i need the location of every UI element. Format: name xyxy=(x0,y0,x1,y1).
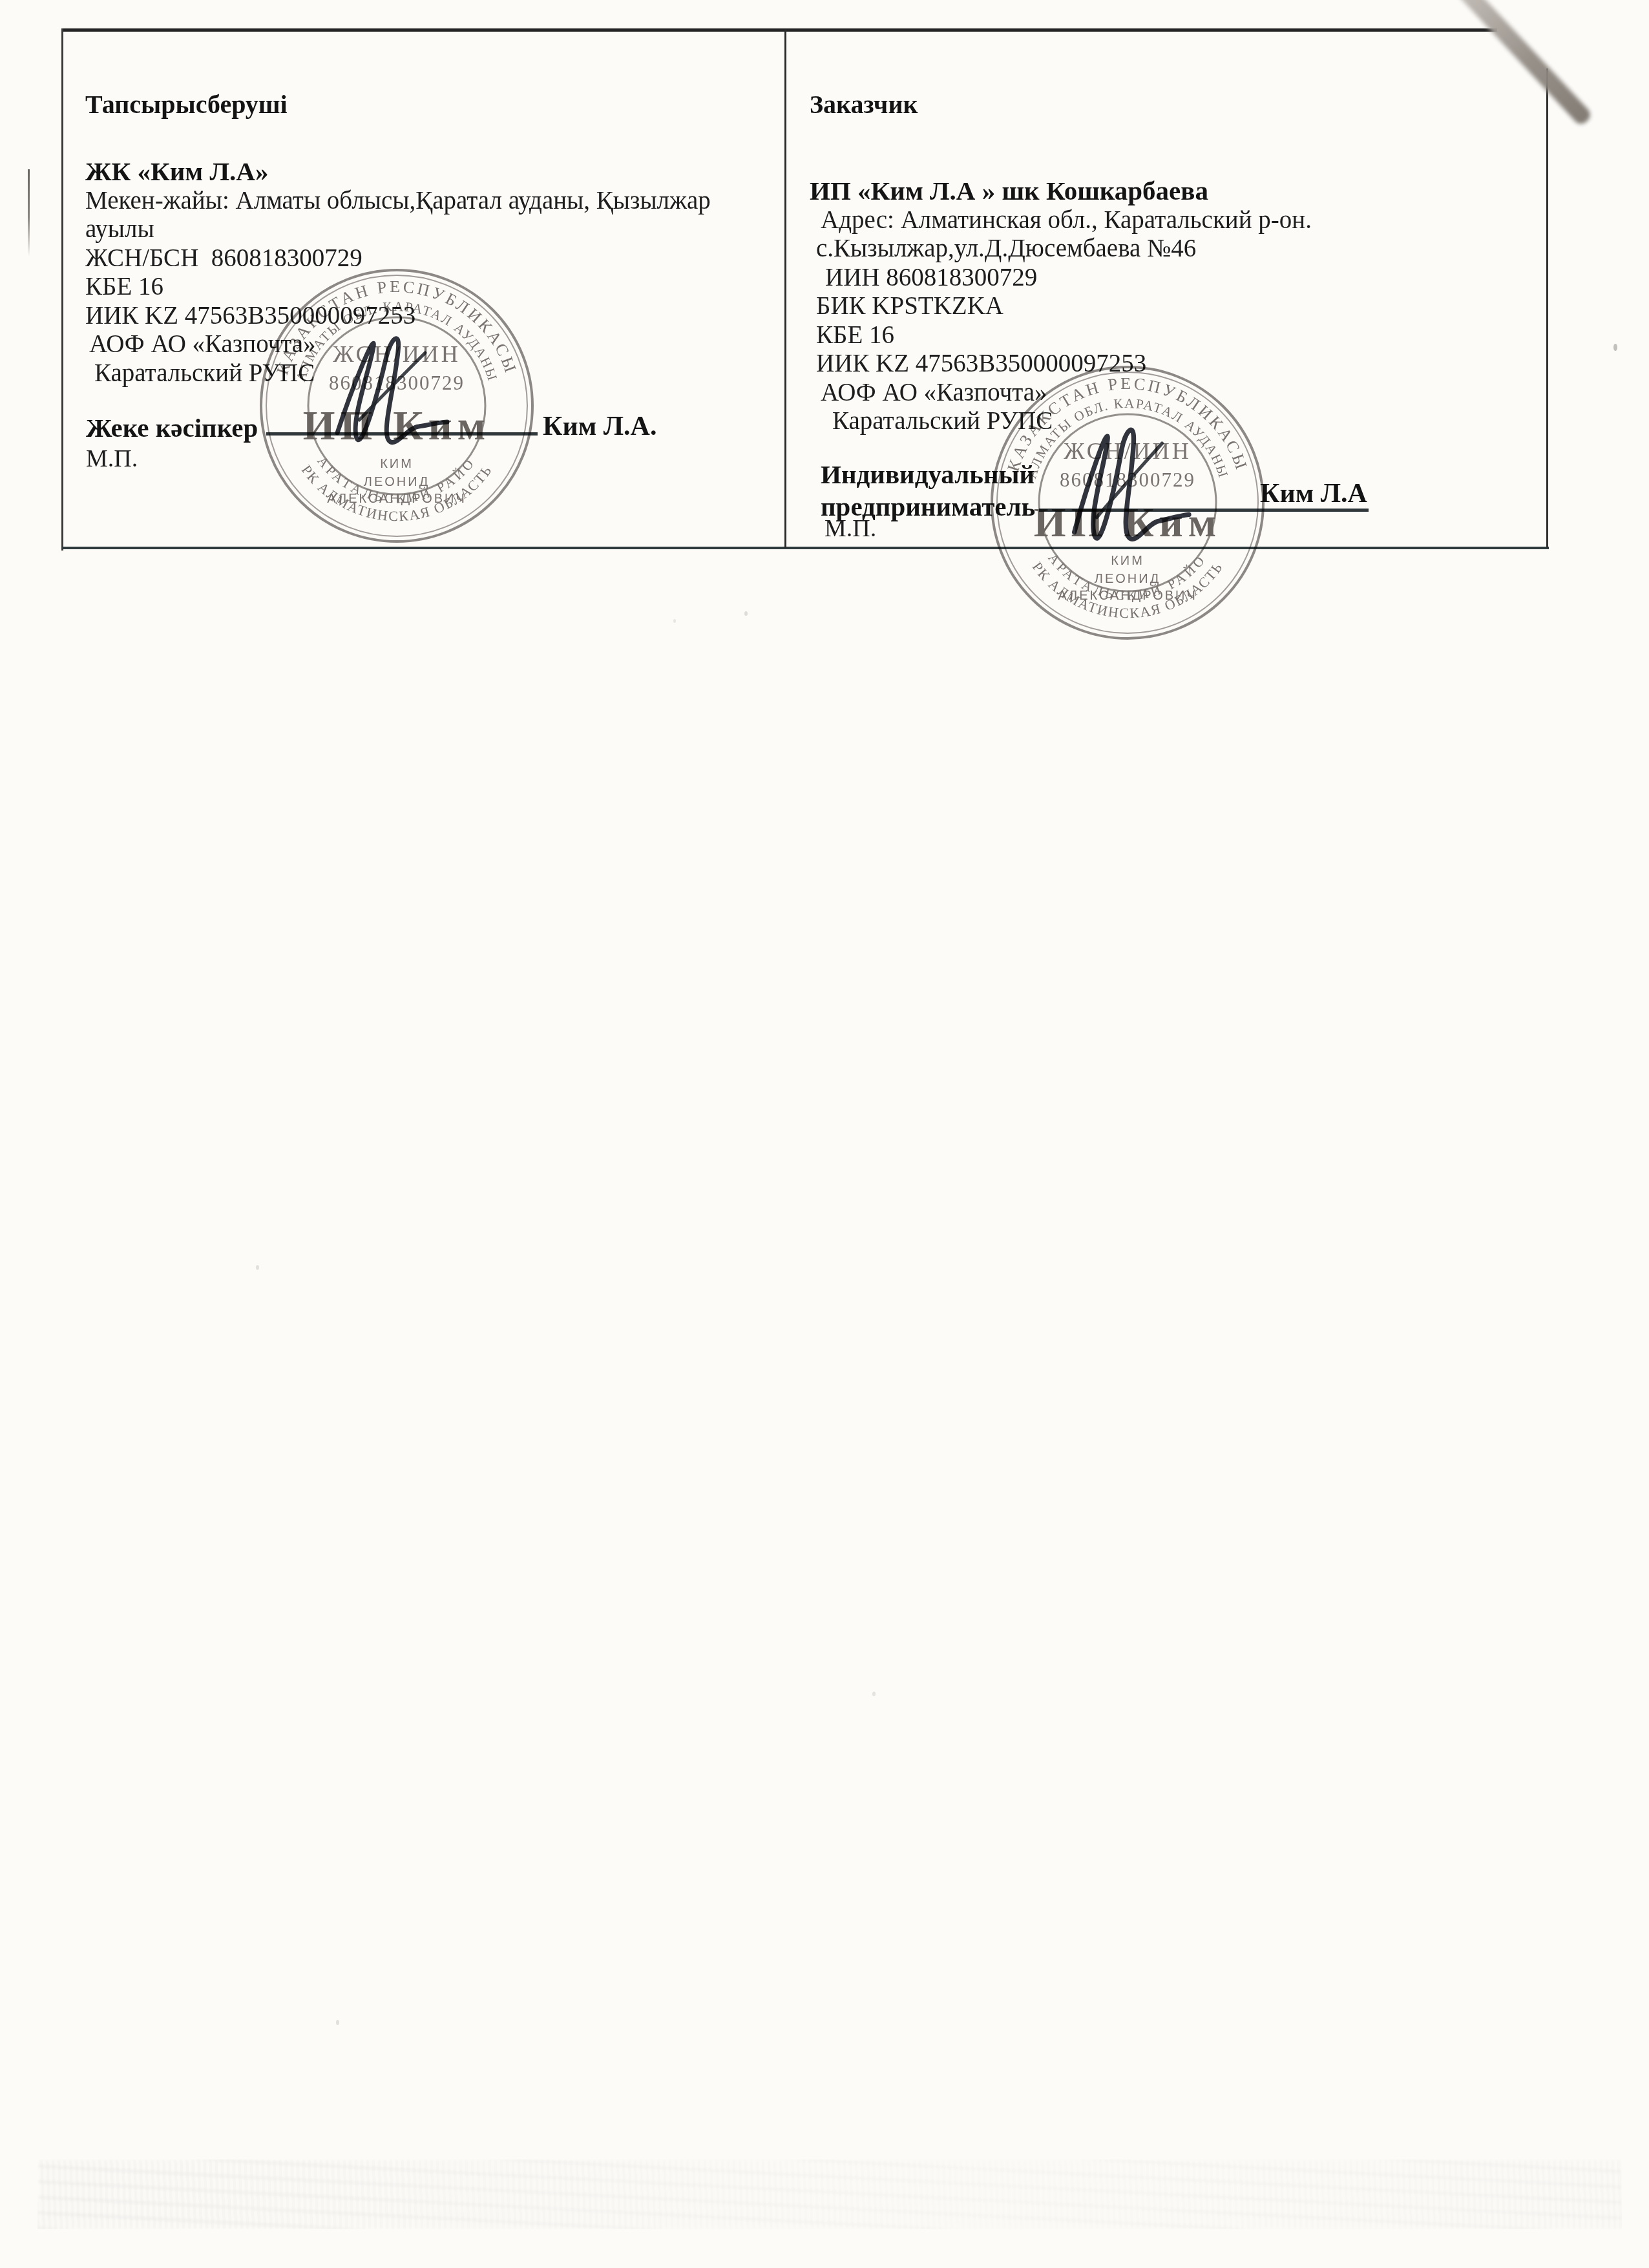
right-role-title: Заказчик xyxy=(810,90,1527,120)
left-role-title: Тапсырысберуші xyxy=(85,90,764,120)
right-signature-name: Ким Л.А xyxy=(1260,478,1367,509)
left-seal-placeholder: М.П. xyxy=(86,445,138,473)
right-detail-line: Адрес: Алматинская обл., Каратальский р-… xyxy=(810,206,1527,235)
stamp-owner-line: АЛЕКСАНДРОВИЧ xyxy=(1058,589,1197,603)
left-detail-line: Мекен-жайы: Алматы облысы,Қаратал ауданы… xyxy=(85,187,764,244)
table-border-right xyxy=(1546,68,1548,548)
stamp-owner-line: ЛЕОНИД xyxy=(1095,572,1161,586)
stamp-owner-line: АЛЕКСАНДРОВИЧ xyxy=(327,492,467,506)
handwritten-signature-right xyxy=(1048,410,1219,574)
scan-speck xyxy=(1613,344,1617,351)
pen-scratch-mark xyxy=(28,169,30,257)
right-detail-line: ИИН 860818300729 xyxy=(810,264,1527,293)
scan-speck xyxy=(673,619,676,623)
scan-speck xyxy=(744,611,748,616)
scanned-contract-page: Тапсырысберуші ЖК «Ким Л.А» Мекен-жайы: … xyxy=(0,0,1649,2268)
scan-speck xyxy=(872,1692,876,1696)
right-detail-line: с.Кызылжар,ул.Д.Дюсембаева №46 xyxy=(810,235,1527,264)
table-border-left xyxy=(61,28,63,551)
left-signature-label: Жеке кәсіпкер xyxy=(86,412,258,443)
table-column-divider xyxy=(784,30,786,548)
left-signature-name: Ким Л.А. xyxy=(543,411,656,442)
left-company-name: ЖК «Ким Л.А» xyxy=(85,156,764,187)
scan-speck xyxy=(256,1265,259,1270)
stamp-owner-line: ЛЕОНИД xyxy=(364,475,430,489)
right-company-name: ИП «Ким Л.А » шк Кошкарбаева xyxy=(810,175,1527,206)
scan-speck xyxy=(336,2020,339,2025)
right-seal-placeholder: М.П. xyxy=(824,514,876,543)
handwritten-signature-left xyxy=(318,323,473,472)
right-detail-line: КБЕ 16 xyxy=(810,321,1527,350)
right-detail-line: БИК KPSTKZKA xyxy=(810,292,1527,321)
table-border-top xyxy=(63,28,1497,32)
ghost-text-bleedthrough xyxy=(37,2159,1622,2229)
